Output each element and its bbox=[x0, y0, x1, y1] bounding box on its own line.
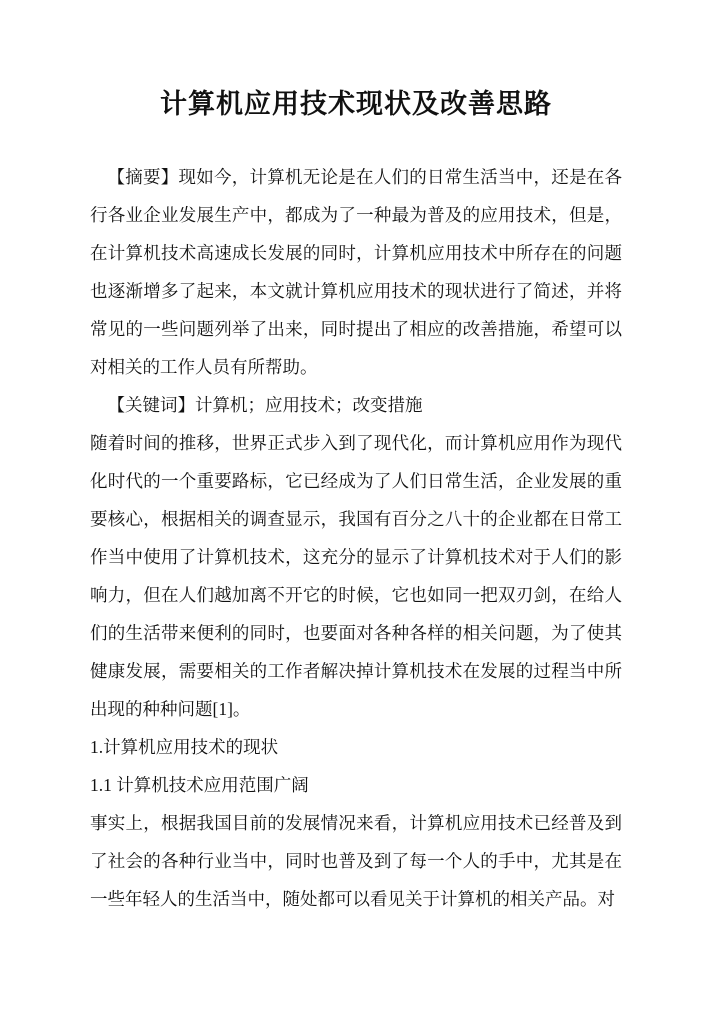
paragraph-abstract: 【摘要】现如今，计算机无论是在人们的日常生活当中，还是在各行各业企业发展生产中，… bbox=[90, 158, 622, 386]
document-title: 计算机应用技术现状及改善思路 bbox=[90, 84, 622, 124]
paragraph-keywords: 【关键词】计算机；应用技术；改变措施 bbox=[90, 386, 622, 424]
paragraph-introduction: 随着时间的推移，世界正式步入到了现代化，而计算机应用作为现代化时代的一个重要路标… bbox=[90, 424, 622, 728]
document-page: 计算机应用技术现状及改善思路 【摘要】现如今，计算机无论是在人们的日常生活当中，… bbox=[0, 0, 721, 1020]
heading-section-1: 1.计算机应用技术的现状 bbox=[90, 728, 622, 766]
heading-section-1-1: 1.1 计算机技术应用范围广阔 bbox=[90, 766, 622, 804]
paragraph-body: 事实上，根据我国目前的发展情况来看，计算机应用技术已经普及到了社会的各种行业当中… bbox=[90, 804, 622, 918]
